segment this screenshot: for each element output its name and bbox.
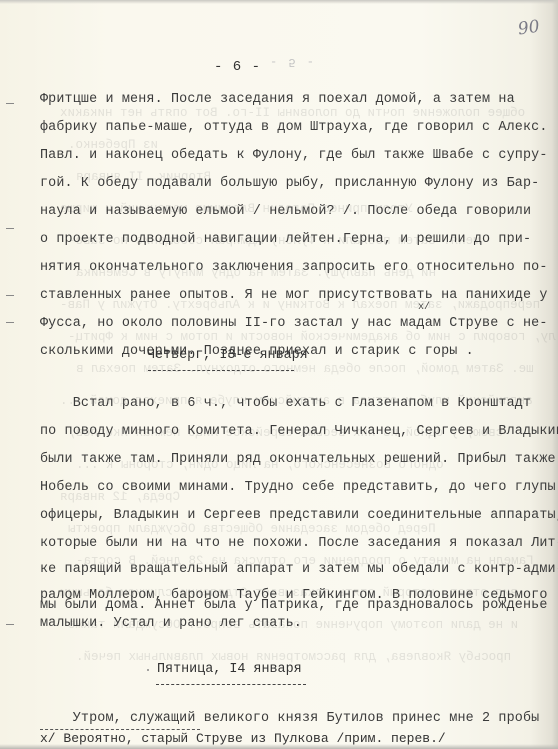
bleed-through-page-number: - 5 -	[270, 55, 316, 69]
text-line: были также там. Приняли ряд окончательны…	[40, 452, 556, 467]
bleed-through-line: ше. Затем домой, после обеда немного отд…	[76, 362, 534, 376]
text-line: гой. К обеду подавали большую рыбу, прис…	[40, 176, 539, 191]
margin-mark	[6, 322, 14, 323]
scan-right-edge	[552, 0, 558, 749]
heading-underline	[156, 684, 306, 685]
text-line: Павл. и наконец обедать к Фулону, где бы…	[40, 148, 548, 163]
text-line: ставленных ранее опытов. Я не мог присут…	[40, 288, 548, 303]
text-line: фабрику папье-маше, оттуда в дом Штрауха…	[40, 120, 548, 135]
paper-speck	[147, 669, 149, 671]
document-page: 90 - 6 - - 5 - общее положение почти до …	[0, 0, 558, 749]
bleed-through-line: общее положение почти до половины II-го.…	[60, 106, 525, 120]
text-line: мы были дома. Аннет была у Патрика, где …	[40, 598, 548, 613]
date-heading-friday: Пятница, I4 января	[157, 662, 302, 677]
text-line: наула и называемую ельмой / нельмой? /. …	[40, 204, 531, 219]
text-line: Утром, служащий великого князя Бутилов п…	[40, 711, 539, 726]
heading-underline	[148, 370, 294, 371]
margin-mark	[6, 228, 14, 229]
text-line: ке парящий вращательный аппарат и затем …	[40, 562, 558, 577]
margin-mark	[6, 295, 14, 296]
text-line: по поводу минного Комитета. Генерал Чичк…	[40, 424, 558, 439]
text-line: нятия окончательного заключения запросит…	[40, 260, 548, 275]
text-line: которые были ни на что не похожи. После …	[40, 536, 558, 551]
footnote-marker: x/	[418, 302, 430, 313]
text-line: Встал рано, в 6 ч., чтобы ехать с Глазен…	[40, 396, 531, 411]
page-number: - 6 -	[214, 59, 261, 75]
bleed-through-line: Перед обедом заседание Общества Обсуждал…	[68, 522, 436, 536]
scan-top-edge	[0, 0, 558, 4]
footnote: x/ Вероятно, старый Струве из Пулкова /п…	[40, 731, 446, 746]
text-line: Фритцше и меня. После заседания я поехал…	[40, 92, 515, 107]
text-line: Нобель со своими минами. Трудно себе пре…	[40, 480, 556, 495]
archive-sheet-number: 90	[517, 17, 541, 40]
margin-mark	[6, 624, 14, 625]
text-line: офицеры, Владыкин и Сергеев представили …	[40, 508, 558, 523]
text-line: о проекте подводной навигации лейтен.Гер…	[40, 232, 531, 247]
footnote-rule	[40, 729, 200, 730]
date-heading-thursday: Четверг, I3-е января	[147, 348, 308, 363]
text-line: Фусса, но около половины II-го застал у …	[40, 316, 548, 331]
margin-mark	[6, 103, 14, 104]
text-line: малышки. Устал и рано лег спать.	[40, 616, 302, 631]
bleed-through-line: лу, говорил с ним об академической новос…	[68, 330, 556, 344]
